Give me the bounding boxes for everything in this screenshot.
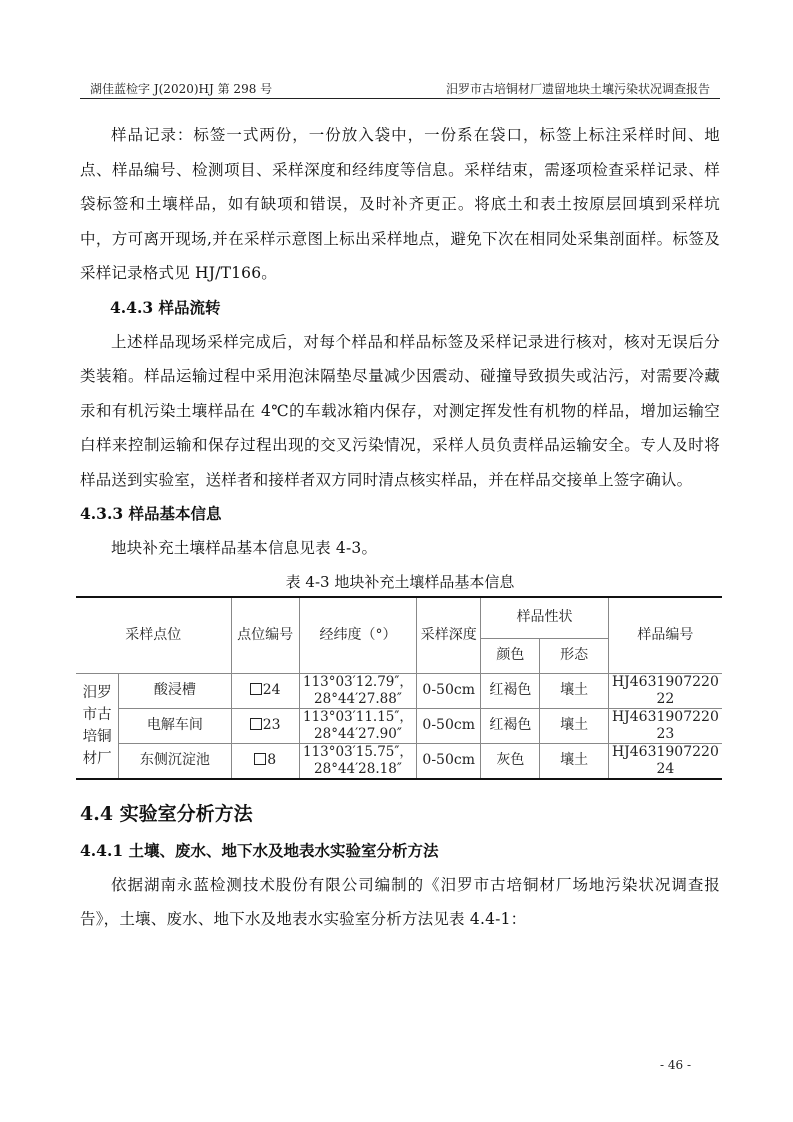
cell-point: 24 — [231, 673, 299, 708]
cell-sample-id: HJ463190722023 — [608, 708, 722, 743]
header-coords: 经纬度（°） — [299, 597, 416, 674]
header-point-no: 点位编号 — [231, 597, 299, 674]
paragraph-basic-info-intro: 地块补充土壤样品基本信息见表 4-3。 — [80, 531, 720, 566]
cell-form: 壤土 — [540, 743, 608, 779]
cell-location: 酸浸槽 — [119, 673, 231, 708]
table-row: 汨罗市古培铜材厂 酸浸槽 24 113°03′12.79″，28°44′27.8… — [76, 673, 722, 708]
header-site: 采样点位 — [76, 597, 231, 674]
cell-sample-id: HJ463190722022 — [608, 673, 722, 708]
cell-color: 红褐色 — [481, 673, 540, 708]
heading-4-4-3: 4.4.3 样品流转 — [80, 291, 720, 325]
sample-info-table: 采样点位 点位编号 经纬度（°） 采样深度 样品性状 样品编号 颜色 形态 汨罗… — [76, 596, 722, 780]
table-row: 电解车间 23 113°03′11.15″，28°44′27.90″ 0-50c… — [76, 708, 722, 743]
cell-depth: 0-50cm — [417, 708, 481, 743]
header-property: 样品性状 — [481, 597, 608, 639]
square-symbol-icon — [250, 718, 262, 730]
page-number: - 46 - — [660, 1058, 691, 1072]
cell-form: 壤土 — [540, 673, 608, 708]
header-color: 颜色 — [481, 638, 540, 673]
cell-color: 灰色 — [481, 743, 540, 779]
header-depth: 采样深度 — [417, 597, 481, 674]
page-content: 样品记录：标签一式两份，一份放入袋中，一份系在袋口，标签上标注采样时间、地点、样… — [80, 118, 720, 937]
site-group-label: 汨罗市古培铜材厂 — [76, 673, 119, 779]
heading-4-4: 4.4 实验室分析方法 — [80, 794, 720, 834]
cell-sample-id: HJ463190722024 — [608, 743, 722, 779]
cell-location: 东侧沉淀池 — [119, 743, 231, 779]
report-title: 汨罗市古培铜材厂遗留地块土壤污染状况调查报告 — [446, 80, 710, 98]
cell-depth: 0-50cm — [417, 673, 481, 708]
table-caption: 表 4-3 地块补充土壤样品基本信息 — [80, 570, 720, 594]
cell-form: 壤土 — [540, 708, 608, 743]
paragraph-sample-transfer: 上述样品现场采样完成后，对每个样品和样品标签及采样记录进行核对，核对无误后分类装… — [80, 325, 720, 498]
table-row: 东侧沉淀池 8 113°03′15.75″，28°44′28.18″ 0-50c… — [76, 743, 722, 779]
cell-location: 电解车间 — [119, 708, 231, 743]
square-symbol-icon — [254, 753, 266, 765]
header-form: 形态 — [540, 638, 608, 673]
heading-4-4-1: 4.4.1 土壤、废水、地下水及地表水实验室分析方法 — [80, 834, 720, 868]
heading-4-3-3: 4.3.3 样品基本信息 — [80, 497, 720, 531]
cell-point: 23 — [231, 708, 299, 743]
cell-depth: 0-50cm — [417, 743, 481, 779]
paragraph-lab-method-intro: 依据湖南永蓝检测技术股份有限公司编制的《汨罗市古培铜材厂场地污染状况调查报告》，… — [80, 868, 720, 937]
header-sample-no: 样品编号 — [608, 597, 722, 674]
cell-color: 红褐色 — [481, 708, 540, 743]
report-number: 湖佳蓝检字 J(2020)HJ 第 298 号 — [90, 80, 272, 98]
cell-point: 8 — [231, 743, 299, 779]
paragraph-sample-record: 样品记录：标签一式两份，一份放入袋中，一份系在袋口，标签上标注采样时间、地点、样… — [80, 118, 720, 291]
square-symbol-icon — [250, 683, 262, 695]
page-header: 湖佳蓝检字 J(2020)HJ 第 298 号 汨罗市古培铜材厂遗留地块土壤污染… — [80, 80, 720, 99]
cell-coords: 113°03′15.75″，28°44′28.18″ — [299, 743, 416, 779]
cell-coords: 113°03′12.79″，28°44′27.88″ — [299, 673, 416, 708]
cell-coords: 113°03′11.15″，28°44′27.90″ — [299, 708, 416, 743]
